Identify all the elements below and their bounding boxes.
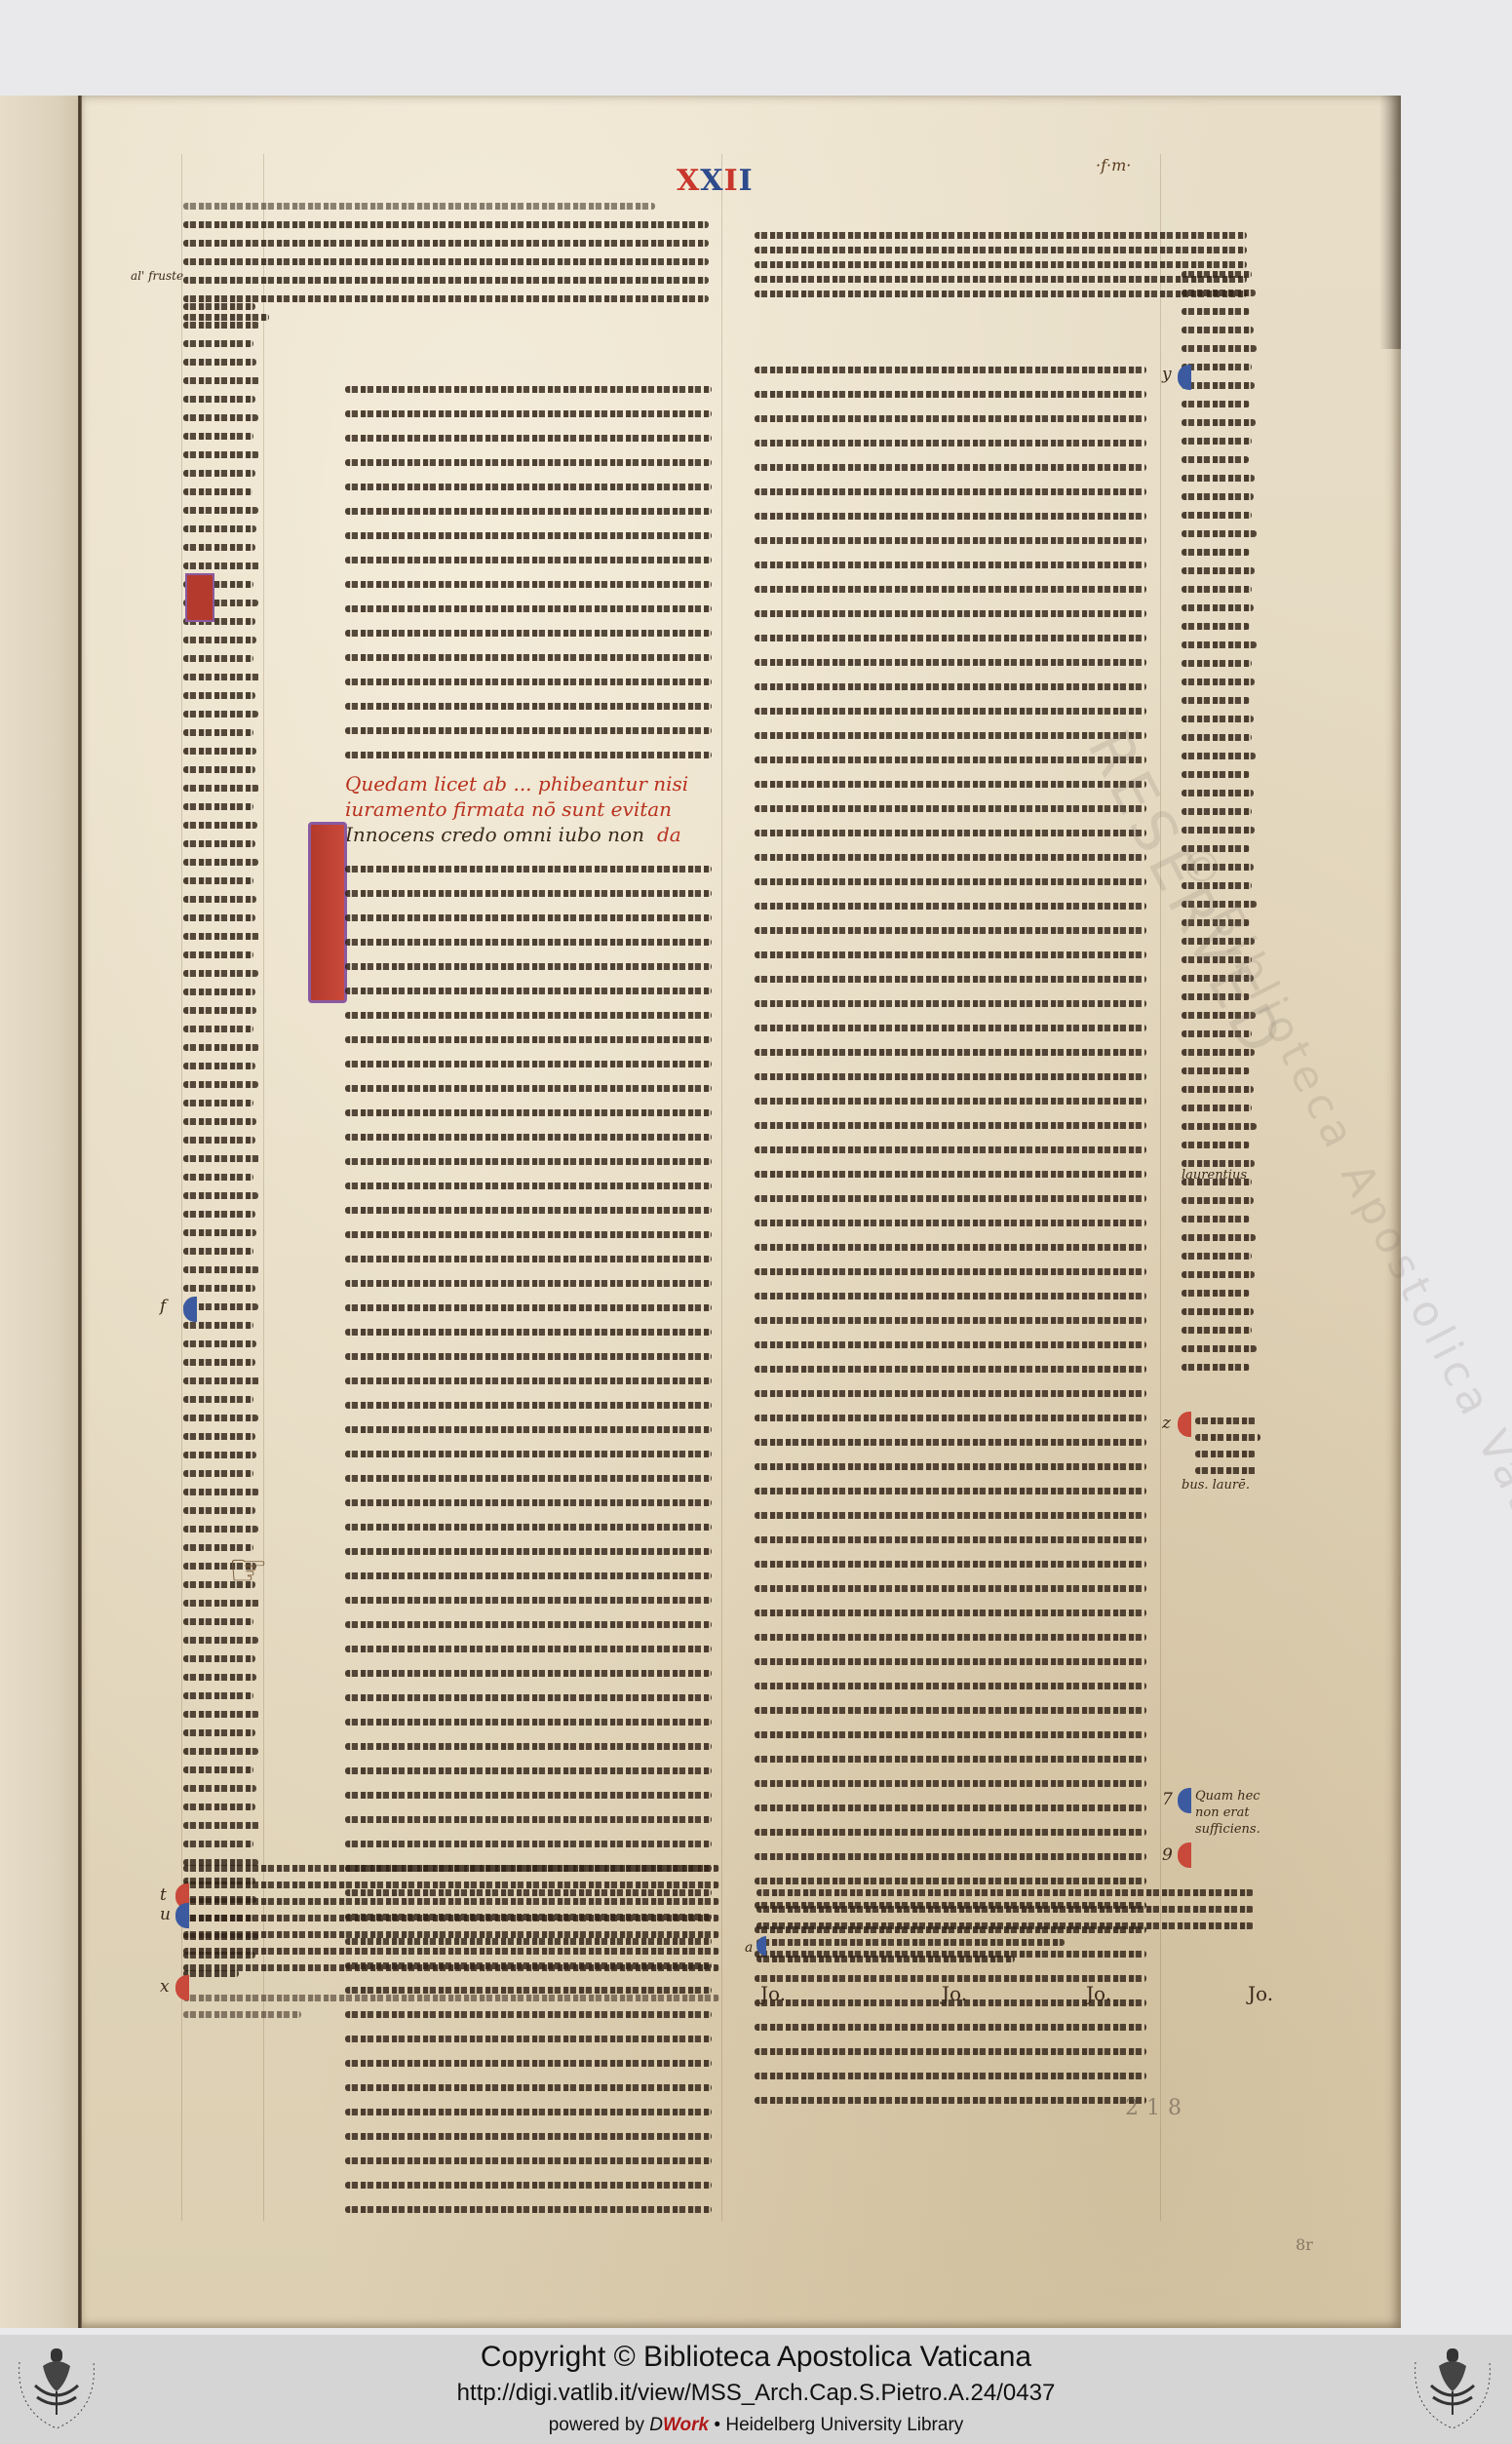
powered-prefix: powered by (549, 2415, 650, 2435)
rubric-line: iuramento firmata nō sunt evitan (345, 796, 735, 822)
right-gloss-block-4: Quam hec non erat sufficiens. (1195, 1788, 1273, 1838)
blue-paragraph-mark (1178, 365, 1191, 390)
blue-paragraph-mark (1178, 1788, 1191, 1813)
margin-marker-u: u (160, 1905, 171, 1924)
gloss-left-column (183, 303, 263, 1989)
main-text-column-a (345, 386, 719, 776)
margin-marker-x: x (160, 1977, 170, 1997)
page-url-link[interactable]: http://digi.vatlib.it/view/MSS_Arch.Cap.… (0, 2380, 1512, 2407)
rubric-tail: da (657, 822, 681, 847)
bottom-edge-note: 8r (1296, 2235, 1313, 2254)
dwork-d: D (649, 2415, 663, 2435)
ruling-line (721, 154, 722, 2221)
decorated-initial-L (185, 573, 214, 622)
copyright-footer: Copyright © Biblioteca Apostolica Vatica… (0, 2335, 1512, 2444)
quire-letter: X (677, 164, 700, 198)
vatican-library-logo-icon (1404, 2343, 1501, 2438)
gloss-right-block-3 (1195, 1417, 1263, 1484)
column-end-marker: Jo. (1086, 1982, 1111, 2005)
running-mark: ·f·m· (1096, 156, 1131, 175)
margin-marker-9: 9 (1162, 1845, 1173, 1865)
quire-letter: I (739, 164, 754, 198)
manicule-icon: ☞ (228, 1543, 268, 1596)
dwork-rest: Work (663, 2415, 709, 2435)
margin-marker-t: t (160, 1885, 167, 1905)
rubric-heading: Quedam licet ab ... phibeantur nisi iura… (345, 771, 735, 822)
margin-marker-f: f (160, 1297, 166, 1316)
column-end-marker: Jo. (942, 1982, 967, 2005)
edge-stain (1379, 96, 1401, 349)
blue-paragraph-mark (175, 1903, 189, 1928)
column-end-marker: Jo. (760, 1982, 786, 2005)
gloss-top-right (755, 232, 1247, 305)
red-paragraph-mark (175, 1975, 189, 2000)
column-end-marker: Jo. (1248, 1982, 1273, 2005)
dwork-logo: DWork (649, 2415, 709, 2435)
folio-number: 218 (1125, 2096, 1189, 2120)
gloss-bottom-right (756, 1889, 1254, 1972)
red-paragraph-mark (1178, 1843, 1191, 1868)
margin-note: al' fruste (131, 269, 183, 283)
decorated-initial-I (308, 822, 347, 1003)
gloss-right-column (1182, 271, 1260, 1382)
manuscript-page: XXII ·f·m· al' fruste (82, 96, 1401, 2328)
gloss-bottom-left (183, 1865, 719, 2028)
margin-marker-y: y (1162, 365, 1172, 384)
rubric-line: Quedam licet ab ... phibeantur nisi (345, 771, 735, 796)
main-text-column-b (755, 367, 1154, 2121)
margin-marker-7: 7 (1162, 1790, 1173, 1809)
main-text-incipit: Innocens credo omni iubo non (345, 822, 644, 847)
quire-letter: X (700, 164, 723, 198)
quire-letter: I (724, 164, 739, 198)
powered-suffix: • Heidelberg University Library (709, 2415, 963, 2435)
margin-marker-a: a (745, 1940, 753, 1956)
previous-page-edge (0, 96, 80, 2328)
quire-number: XXII (677, 164, 754, 198)
red-paragraph-mark (1178, 1412, 1191, 1437)
right-gloss-block-3-end: bus. laurē. (1182, 1478, 1250, 1494)
gloss-top-left (183, 203, 719, 332)
copyright-text: Copyright © Biblioteca Apostolica Vatica… (0, 2341, 1512, 2374)
margin-marker-z: z (1162, 1414, 1171, 1433)
right-gloss-end: laurentius (1182, 1168, 1247, 1183)
powered-by-text: powered by DWork • Heidelberg University… (0, 2415, 1512, 2436)
